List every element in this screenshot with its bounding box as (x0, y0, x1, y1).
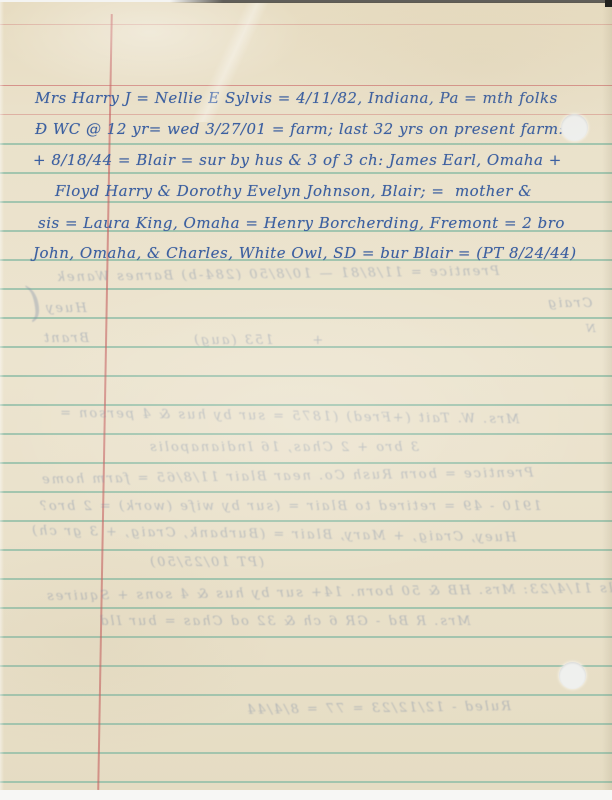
handwritten-line-1: Mrs Harry J = Nellie E Sylvis = 4/11/82,… (35, 87, 558, 109)
handwritten-line-5: sis = Laura King, Omaha = Henry Borcherd… (38, 212, 565, 234)
bleed-through-paren: ( (26, 294, 42, 312)
ruled-line (0, 636, 612, 638)
ruled-line (0, 520, 612, 522)
notebook-paper: Mrs Harry J = Nellie E Sylvis = 4/11/82,… (0, 2, 612, 790)
header-rule-middle (0, 85, 612, 86)
header-rule-lower (0, 114, 612, 115)
bleed-through-line: + 153 (aug) (192, 332, 323, 350)
paper-edge-left (0, 2, 4, 790)
bleed-through-line: 1910 - 49 = retired to Blair = (sur by w… (38, 498, 542, 516)
bleed-through-line: Buls 11/4/23: Mrs. HB & 50 born. 14+ sur… (45, 580, 612, 606)
hole-punch-bottom (559, 662, 586, 689)
scanner-corner-top-right (605, 0, 612, 7)
handwritten-line-2: Ð WC @ 12 yr= wed 3/27/01 = farm; last 3… (35, 118, 564, 140)
scanner-edge-bottom (0, 790, 612, 800)
ruled-line (0, 143, 612, 145)
scanned-page: Mrs Harry J = Nellie E Sylvis = 4/11/82,… (0, 0, 612, 800)
bleed-through-line: Craig (546, 295, 592, 313)
bleed-through-line: (PT 10/25/50) (148, 554, 264, 572)
hole-punch-top (561, 114, 588, 141)
ruled-line (0, 549, 612, 551)
ruled-line (0, 752, 612, 754)
bleed-through-line: Brant (42, 330, 89, 348)
bleed-through-line: Mrs. W. Tait (+Fred) (1875 = sur by hus … (58, 405, 520, 429)
header-rule-top (0, 24, 612, 25)
ruled-line (0, 491, 612, 493)
ruled-line (0, 462, 612, 464)
ruled-line (0, 433, 612, 435)
ruled-line (0, 781, 612, 783)
bleed-through-line: 3 bro + 2 Chas, 16 Indianapolis (148, 439, 419, 457)
ruled-line (0, 694, 612, 696)
handwritten-line-3: + 8/18/44 = Blair = sur by hus & 3 of 3 … (33, 149, 562, 171)
handwritten-line-6: John, Omaha, & Charles, White Owl, SD = … (33, 242, 577, 264)
bleed-through-line: Mrs. R Bd - GR 6 ch & 32 od Chas = bur I… (98, 613, 471, 631)
bleed-through-line: Huey (44, 300, 87, 318)
ruled-line (0, 665, 612, 667)
bleed-through-line: Prentice = born Rush Co. near Blair 11/8… (40, 465, 534, 490)
ruled-line (0, 607, 612, 609)
ruled-line (0, 375, 612, 377)
bleed-through-line: Ruled - 12/12/23 = 77 = 8/4/44 (245, 698, 511, 720)
ruled-line (0, 317, 612, 319)
ruled-line (0, 723, 612, 725)
ruled-line (0, 172, 612, 174)
scanner-edge-top (170, 0, 612, 3)
ruled-line (0, 578, 612, 580)
bleed-through-line: Prentice = 11/8/81 — 10/8/50 (284-b) Bar… (55, 263, 500, 287)
bleed-through-line: N (584, 320, 596, 338)
ruled-line (0, 288, 612, 290)
paper-edge-right (602, 2, 612, 790)
handwritten-line-4: Floyd Harry & Dorothy Evelyn Johnson, Bl… (55, 180, 532, 202)
